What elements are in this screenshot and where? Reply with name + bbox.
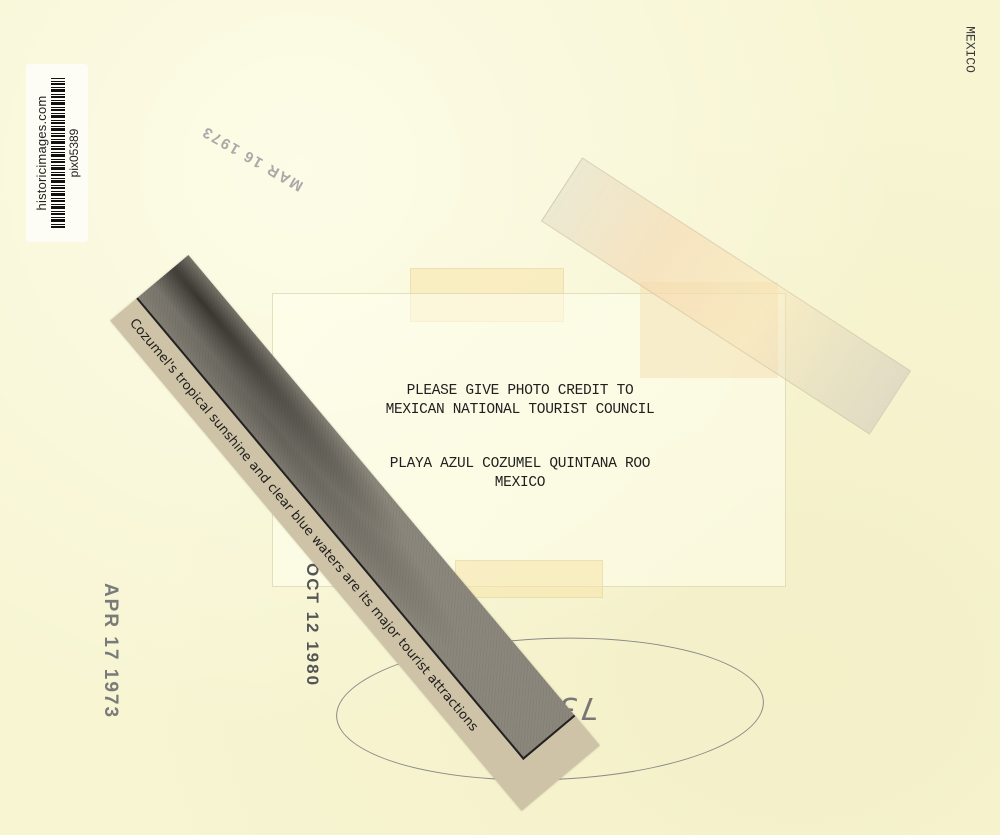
barcode-id: pix05389 [67,129,81,178]
credit-line-2: MEXICAN NATIONAL TOURIST COUNCIL [300,401,740,420]
tape-strip-bottom [455,560,603,598]
barcode-label: historicimages.com pix05389 [26,64,88,242]
barcode-site: historicimages.com [34,96,49,211]
date-stamp-mar-1973: MAR 16 1973 [198,122,306,194]
date-stamp-apr-1973: APR 17 1973 [99,583,121,719]
barcode-icon [51,78,65,228]
credit-line-1: PLEASE GIVE PHOTO CREDIT TO [300,382,740,401]
date-stamp-oct-1980: OCT 12 1980 [302,563,322,687]
corner-country-label: MEXICO [963,10,978,90]
photo-credit-text: PLEASE GIVE PHOTO CREDIT TO MEXICAN NATI… [300,382,740,420]
